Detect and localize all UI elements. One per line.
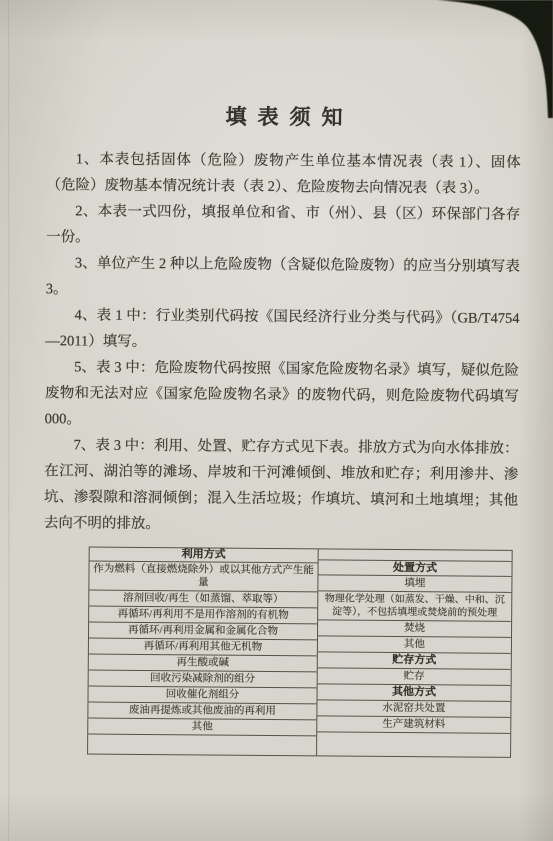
utilization-empty-cell (88, 735, 316, 756)
method-cell-0: 处置方式 (318, 560, 511, 577)
utilization-cell-5: 再生酸或碱 (89, 655, 317, 673)
utilization-cell-0: 作为燃料（直接燃烧除外）或以其他方式产生能量 (89, 562, 317, 593)
instruction-paragraph-5: 5、表 3 中：危险废物代码按照《国家危险废物名录》填写，疑似危险废物和无法对应… (45, 354, 520, 436)
utilization-cell-8: 废油再提炼或其他废油的再利用 (88, 703, 316, 721)
methods-reference-table: 利用方式 作为燃料（直接燃烧除外）或以其他方式产生能量 溶剂回收/再生（如蒸馏、… (87, 547, 513, 758)
utilization-cell-3: 再循环/再利用金属和金属化合物 (89, 623, 317, 641)
utilization-cell-2: 再循环/再利用不是用作溶剂的有机物 (89, 607, 317, 625)
page-content: 填表须知 1、本表包括固体（危险）废物产生单位基本情况表（表 1）、固体（危险）… (0, 0, 553, 841)
method-cell-2: 物理化学处理（如蒸发、干燥、中和、沉淀等），不包括填埋或焚烧前的预处理 (318, 591, 511, 622)
page-corner-shadow (428, 0, 553, 125)
utilization-cell-4: 再循环/再利用其他无机物 (89, 639, 317, 657)
utilization-cell-9: 其他 (88, 719, 316, 737)
method-cell-4: 其他 (318, 636, 511, 654)
method-cell-6: 贮存 (318, 668, 511, 686)
method-cell-5: 贮存方式 (318, 652, 511, 670)
method-cell-8: 水泥窑共处置 (317, 700, 510, 718)
utilization-cell-7: 回收催化剂组分 (88, 687, 316, 705)
instruction-paragraph-3: 3、单位产生 2 种以上危险废物（含疑似危险废物）的应当分别填写表 3。 (46, 250, 520, 306)
instruction-paragraph-1: 1、本表包括固体（危险）废物产生单位基本情况表（表 1）、固体（危险）废物基本情… (46, 146, 520, 202)
method-cell-9: 生产建筑材料 (317, 716, 510, 734)
instruction-paragraph-7: 7、表 3 中：利用、处置、贮存方式见下表。排放方式为向水体排放：在江河、湖泊等… (44, 432, 519, 540)
method-cell-3: 焚烧 (318, 620, 511, 638)
method-empty-cell (317, 732, 510, 757)
scanned-page-photo: 填表须知 1、本表包括固体（危险）废物产生单位基本情况表（表 1）、固体（危险）… (0, 0, 553, 841)
utilization-cell-1: 溶剂回收/再生（如蒸馏、萃取等） (89, 591, 317, 609)
instruction-paragraph-2: 2、本表一式四份，填报单位和省、市（州）、县（区）环保部门各存一份。 (46, 198, 520, 254)
instruction-paragraph-4: 4、表 1 中：行业类别代码按《国民经济行业分类与代码》（GB/T4754—20… (45, 302, 519, 358)
utilization-column: 利用方式 作为燃料（直接燃烧除外）或以其他方式产生能量 溶剂回收/再生（如蒸馏、… (88, 548, 319, 756)
method-cell-1: 填埋 (318, 575, 511, 593)
utilization-cell-6: 回收污染减除剂的组分 (89, 671, 317, 689)
method-column: 处置方式 填埋 物理化学处理（如蒸发、干燥、中和、沉淀等），不包括填埋或焚烧前的… (317, 549, 512, 757)
method-cell-7: 其他方式 (318, 684, 511, 702)
